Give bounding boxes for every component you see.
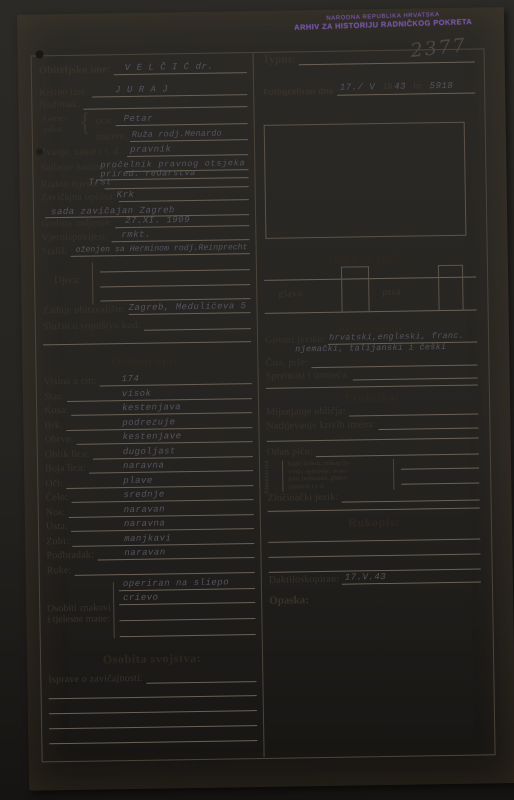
measurement-box-chest — [438, 265, 464, 311]
family-name-value: V E L Č I Ć dr. — [125, 62, 214, 73]
children-label: Djeca: — [54, 275, 82, 286]
field-label: Ruke: — [47, 565, 75, 576]
field-value: srednje — [123, 489, 164, 500]
generalia-label-1: Gene- — [43, 114, 66, 125]
field-value: kestenjave — [122, 431, 181, 442]
nickname-line — [83, 92, 247, 110]
father-value: Petar — [123, 114, 153, 124]
photographed-date-line: 17./ V — [337, 81, 382, 96]
mother-label: matere: — [96, 131, 131, 143]
field-label: Obrve: — [45, 434, 77, 446]
marks-label-2: i tjelesne mane: — [47, 613, 111, 625]
false-names-label: Nadijevanje krivih imena: — [266, 419, 379, 432]
marital-label: Stališ: — [42, 246, 72, 257]
military-line — [143, 314, 251, 331]
field-label: Nos: — [46, 507, 69, 518]
mother-value: Ruža rodj.Menardo — [132, 129, 222, 140]
field-value: manjkavi — [124, 533, 171, 544]
field-value: visok — [122, 389, 152, 399]
measurement-head-label: glava . — [278, 288, 308, 299]
simulation-label: Simulacija — [263, 460, 271, 494]
field-father: oca: Petar — [95, 110, 247, 126]
field-label: Brk: — [44, 420, 66, 431]
field-label: Stas: — [44, 391, 68, 402]
marks-value-2: crievo — [123, 593, 159, 604]
ink-blot — [36, 148, 43, 155]
religion-value: rmkt. — [121, 230, 151, 240]
documents-label: Isprave o zavičajnosti: — [48, 673, 146, 686]
field-label: Podbradak: — [46, 550, 97, 562]
false-names-line — [379, 414, 479, 431]
fingerprinted-value: 17.V.43 — [345, 572, 386, 583]
field-label: Oči: — [45, 478, 66, 489]
photographed-number-line: 5918 — [426, 80, 476, 95]
municipality-value: Krk — [117, 190, 135, 200]
remark-label: Opaska: — [269, 595, 309, 607]
photographed-century: 19 — [382, 81, 394, 95]
scanned-document: NARODNA REPUBLIKA HRVATSKA ARHIV ZA HIST… — [0, 0, 514, 800]
drink-label: Odan piću: — [267, 446, 316, 458]
field-value: 174 — [122, 374, 140, 384]
field-value: naravan — [124, 504, 165, 515]
photographed-date: 17./ V — [340, 82, 376, 93]
marks-value-1: operiran na sliepo — [123, 577, 229, 589]
paper-sheet: NARODNA REPUBLIKA HRVATSKA ARHIV ZA HIST… — [0, 0, 514, 800]
criminal-language-label: Zločinački jezik: — [267, 492, 341, 504]
marks-label: Osobiti znakovi i tjelesne mane: — [47, 602, 111, 625]
field-value: kestenjava — [122, 402, 181, 413]
photographed-br-label: br. — [411, 80, 426, 94]
punch-hole-mark — [35, 50, 43, 58]
generalia-label-2: ralia: — [44, 125, 67, 136]
drink-line — [316, 440, 479, 458]
field-label: Visina u cm: — [44, 375, 100, 387]
father-label: oca: — [96, 115, 117, 126]
photo-box — [264, 122, 467, 239]
fingerprinted-label: Daktiloskopiran: — [269, 574, 343, 586]
photographed-label: Fotografiran dne — [263, 86, 337, 97]
languages-value-1: hrvatski,engleski, franc. — [329, 331, 464, 343]
measurement-chest-label: prsa . . — [382, 287, 413, 298]
measurement-box-head — [341, 266, 370, 312]
field-label: Kosa: — [44, 405, 72, 416]
field-label: Boja lica: — [45, 463, 89, 475]
field-value: naravan — [124, 547, 165, 558]
photographed-year: 43 — [394, 82, 406, 92]
field-value: naravna — [123, 460, 164, 471]
field-value: plave — [123, 476, 153, 486]
family-name-label: Obiteljsko ime: — [39, 64, 114, 76]
occupation-value: pravnik — [130, 144, 171, 155]
residence-value: Zagreb, Meduličeva 5 — [128, 301, 246, 313]
field-label: Oblik lica: — [45, 449, 93, 461]
photographed-number: 5918 — [430, 81, 454, 91]
municipality-line — [118, 185, 248, 202]
municipality-label: Zavičajna općina: — [41, 191, 119, 203]
skills-label: Spretnost i umijeća: — [266, 369, 353, 381]
skills-line — [352, 364, 477, 381]
occupation-label: Zvanje, zanat i t. d.: — [40, 146, 127, 158]
photographed-year-line: 43 — [393, 81, 411, 95]
field-label: Usta: — [46, 521, 71, 532]
field-label: Zubi: — [46, 536, 72, 547]
criminal-language-line — [341, 486, 479, 503]
residence-label: Zadnje obitavalište: — [42, 304, 128, 316]
birthplace-value: Trst — [88, 177, 112, 187]
field-line — [74, 558, 254, 576]
generalia-label: Gene- ralia: — [43, 114, 67, 136]
typus-label: Typus: — [263, 53, 300, 66]
nickname-label: Nadimak: — [39, 99, 83, 111]
field-label: Čelo: — [45, 492, 71, 503]
birth-year-value: 27.XI. 1909 — [125, 215, 190, 226]
documents-line — [146, 667, 257, 684]
field-value: dugoljast — [123, 446, 176, 457]
generalia-brace: { — [78, 109, 91, 136]
military-label: Služio u vojništvu kod: — [43, 320, 144, 333]
field-value: podrezuje — [122, 417, 175, 428]
field-value: naravna — [124, 518, 165, 529]
